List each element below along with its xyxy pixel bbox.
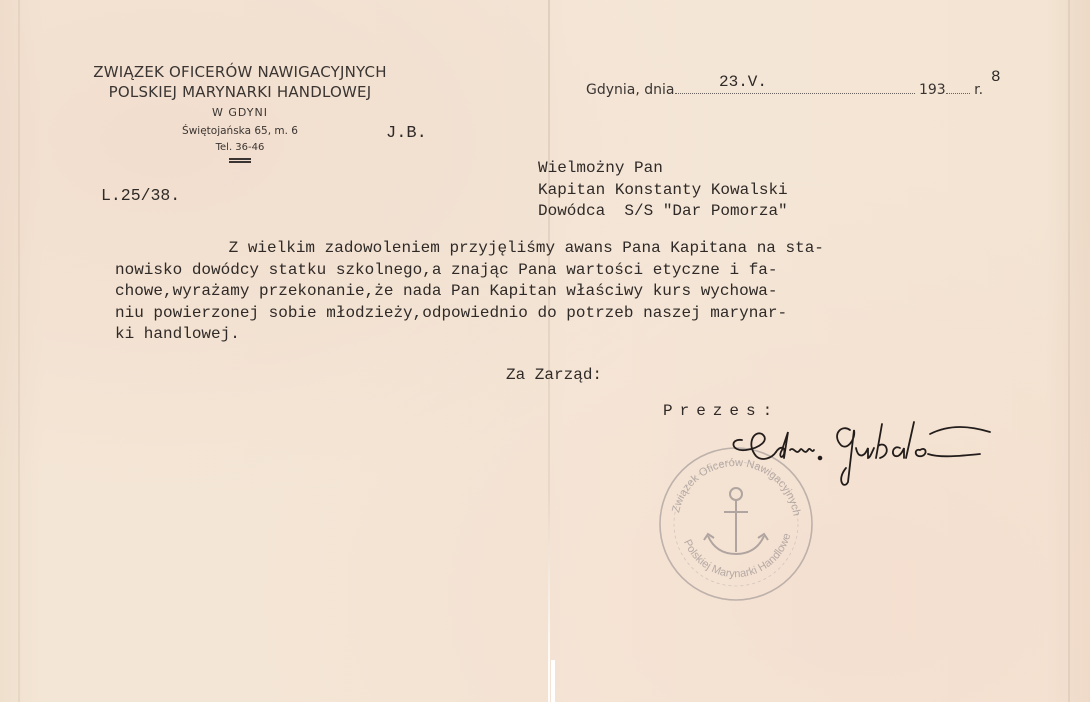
date-typed: 23.V. (719, 73, 767, 91)
handwritten-signature (700, 410, 1010, 490)
letterhead-city: W GDYNI (50, 104, 430, 122)
dateline-dots (675, 82, 915, 94)
closing: Za Zarząd: (506, 366, 602, 384)
letterhead-org-name-2: POLSKIEJ MARYNARKI HANDLOWEJ (50, 82, 430, 102)
fold-crease-center (548, 0, 550, 702)
dateline-year-prefix: 193 (919, 82, 946, 98)
letterhead-org-name: ZWIĄZEK OFICERÓW NAWIGACYJNYCH (50, 62, 430, 82)
fold-crease-right (1068, 0, 1070, 702)
body-line: ki handlowej. (115, 324, 824, 346)
addressee-block: Wielmożny Pan Kapitan Konstanty Kowalski… (538, 158, 788, 223)
fold-crease-left (18, 0, 20, 702)
letterhead-address: Świętojańska 65, m. 6 (50, 122, 430, 140)
reference-number: L.25/38. (101, 186, 180, 205)
letterhead: ZWIĄZEK OFICERÓW NAWIGACYJNYCH POLSKIEJ … (50, 62, 430, 163)
paper-tear (551, 660, 555, 702)
letterhead-double-rule (229, 158, 251, 163)
addressee-position: Dowódca S/S "Dar Pomorza" (538, 201, 788, 223)
addressee-salutation: Wielmożny Pan (538, 158, 788, 180)
anchor-icon (704, 488, 768, 554)
dateline-suffix: r. (974, 82, 983, 98)
year-digit: 8 (991, 68, 1001, 86)
body-line: nowisko dowódcy statku szkolnego,a znają… (115, 260, 824, 282)
typist-initials: J.B. (386, 124, 427, 143)
letter-body: Z wielkim zadowoleniem przyjęliśmy awans… (171, 238, 824, 346)
dateline-place: Gdynia, dnia (586, 82, 675, 98)
body-line: chowe,wyrażamy przekonanie,że nada Pan K… (115, 281, 824, 303)
body-line: niu powierzonej sobie młodzieży,odpowied… (115, 303, 824, 325)
letterhead-phone: Tel. 36-46 (50, 140, 430, 156)
body-line: Z wielkim zadowoleniem przyjęliśmy awans… (171, 238, 824, 260)
dateline: Gdynia, dnia 193 r. 23.V. 8 (586, 82, 983, 98)
dateline-year-dots (946, 82, 970, 94)
addressee-name: Kapitan Konstanty Kowalski (538, 180, 788, 202)
